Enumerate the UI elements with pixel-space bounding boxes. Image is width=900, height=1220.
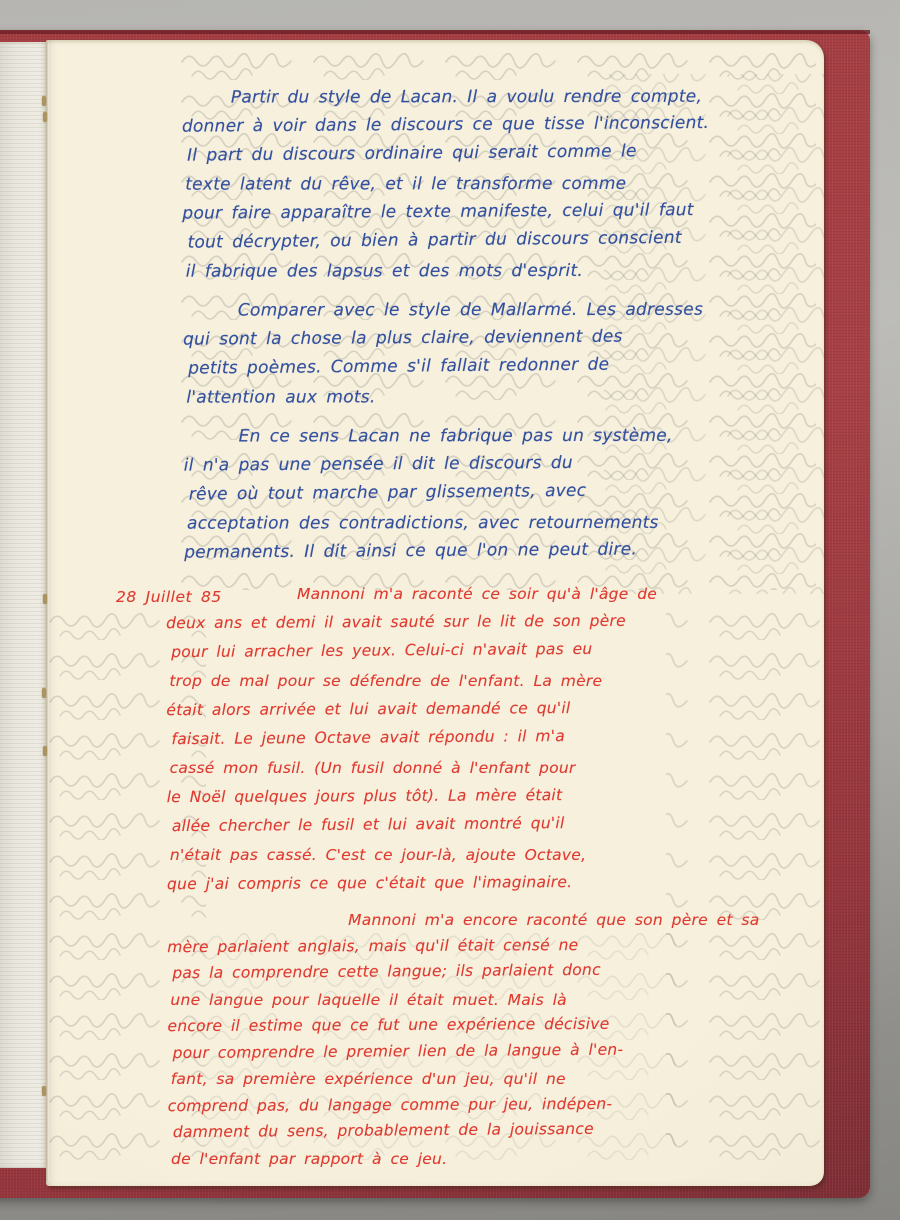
handwritten-line: rêve où tout marche par glissements, ave… [189, 479, 819, 514]
handwritten-line: Mannoni m'a encore raconté que son père … [170, 911, 830, 937]
handwritten-line: n'était pas cassé. C'est ce jour-là, ajo… [170, 846, 830, 875]
handwritten-line: de l'enfant par rapport à ce jeu. [171, 1150, 831, 1177]
handwritten-line: fant, sa première expérience d'un jeu, q… [171, 1070, 831, 1097]
handwritten-line: cassé mon fusil. (Un fusil donné à l'enf… [170, 759, 830, 788]
binding-stitch [42, 1086, 46, 1096]
handwritten-line: petits poèmes. Comme s'il fallait redonn… [188, 353, 818, 388]
handwritten-line: permanents. Il dit ainsi ce que l'on ne … [184, 538, 814, 571]
red-ink-entry: Mannoni m'a raconté ce soir qu'à l'âge d… [169, 583, 831, 1176]
handwritten-line: trop de mal pour se défendre de l'enfant… [169, 672, 829, 701]
binding-stitch [43, 746, 47, 756]
red-ink-paragraph: Mannoni m'a encore raconté que son père … [170, 909, 831, 1176]
handwritten-line: Mannoni m'a raconté ce soir qu'à l'âge d… [169, 585, 829, 614]
handwritten-line: faisait. Le jeune Octave avait répondu :… [171, 725, 831, 759]
blue-ink-entry: Partir du style de Lacan. Il a voulu ren… [185, 84, 818, 571]
blue-ink-paragraph: En ce sens Lacan ne fabrique pas un syst… [187, 423, 818, 571]
binding-stitch [43, 594, 47, 604]
handwritten-line: damment du sens, probablement de la joui… [173, 1118, 833, 1150]
handwritten-line: il fabrique des lapsus et des mots d'esp… [186, 261, 816, 291]
blue-ink-paragraph: Comparer avec le style de Mallarmé. Les … [186, 297, 817, 416]
page-edges-left [0, 42, 48, 1168]
handwritten-line: que j'ai compris ce que c'était que l'im… [167, 872, 827, 904]
cover-edge-shadow [0, 30, 870, 34]
scanned-notebook-photo: { "artifact": { "kind": "handwritten not… [0, 0, 900, 1220]
handwritten-line: une langue pour laquelle il était muet. … [170, 991, 830, 1018]
handwritten-line: pour comprendre le premier lien de la la… [173, 1038, 833, 1070]
red-ink-paragraph: Mannoni m'a raconté ce soir qu'à l'âge d… [169, 583, 830, 904]
blue-ink-paragraph: Partir du style de Lacan. Il a voulu ren… [185, 84, 816, 290]
binding-stitch [42, 96, 46, 106]
binding-stitch [43, 112, 47, 122]
handwritten-line: pour lui arracher les yeux. Celui-ci n'a… [171, 638, 831, 672]
handwritten-line: tout décrypter, ou bien à partir du disc… [187, 227, 817, 262]
handwritten-line: pas la comprendre cette langue; ils parl… [172, 959, 832, 991]
handwritten-line: l'attention aux mots. [186, 387, 816, 417]
gutter-crease [46, 42, 49, 1182]
binding-stitch [42, 688, 46, 698]
handwritten-line: Il part du discours ordinaire qui serait… [187, 140, 817, 175]
handwritten-line: allée chercher le fusil et lui avait mon… [172, 812, 832, 846]
